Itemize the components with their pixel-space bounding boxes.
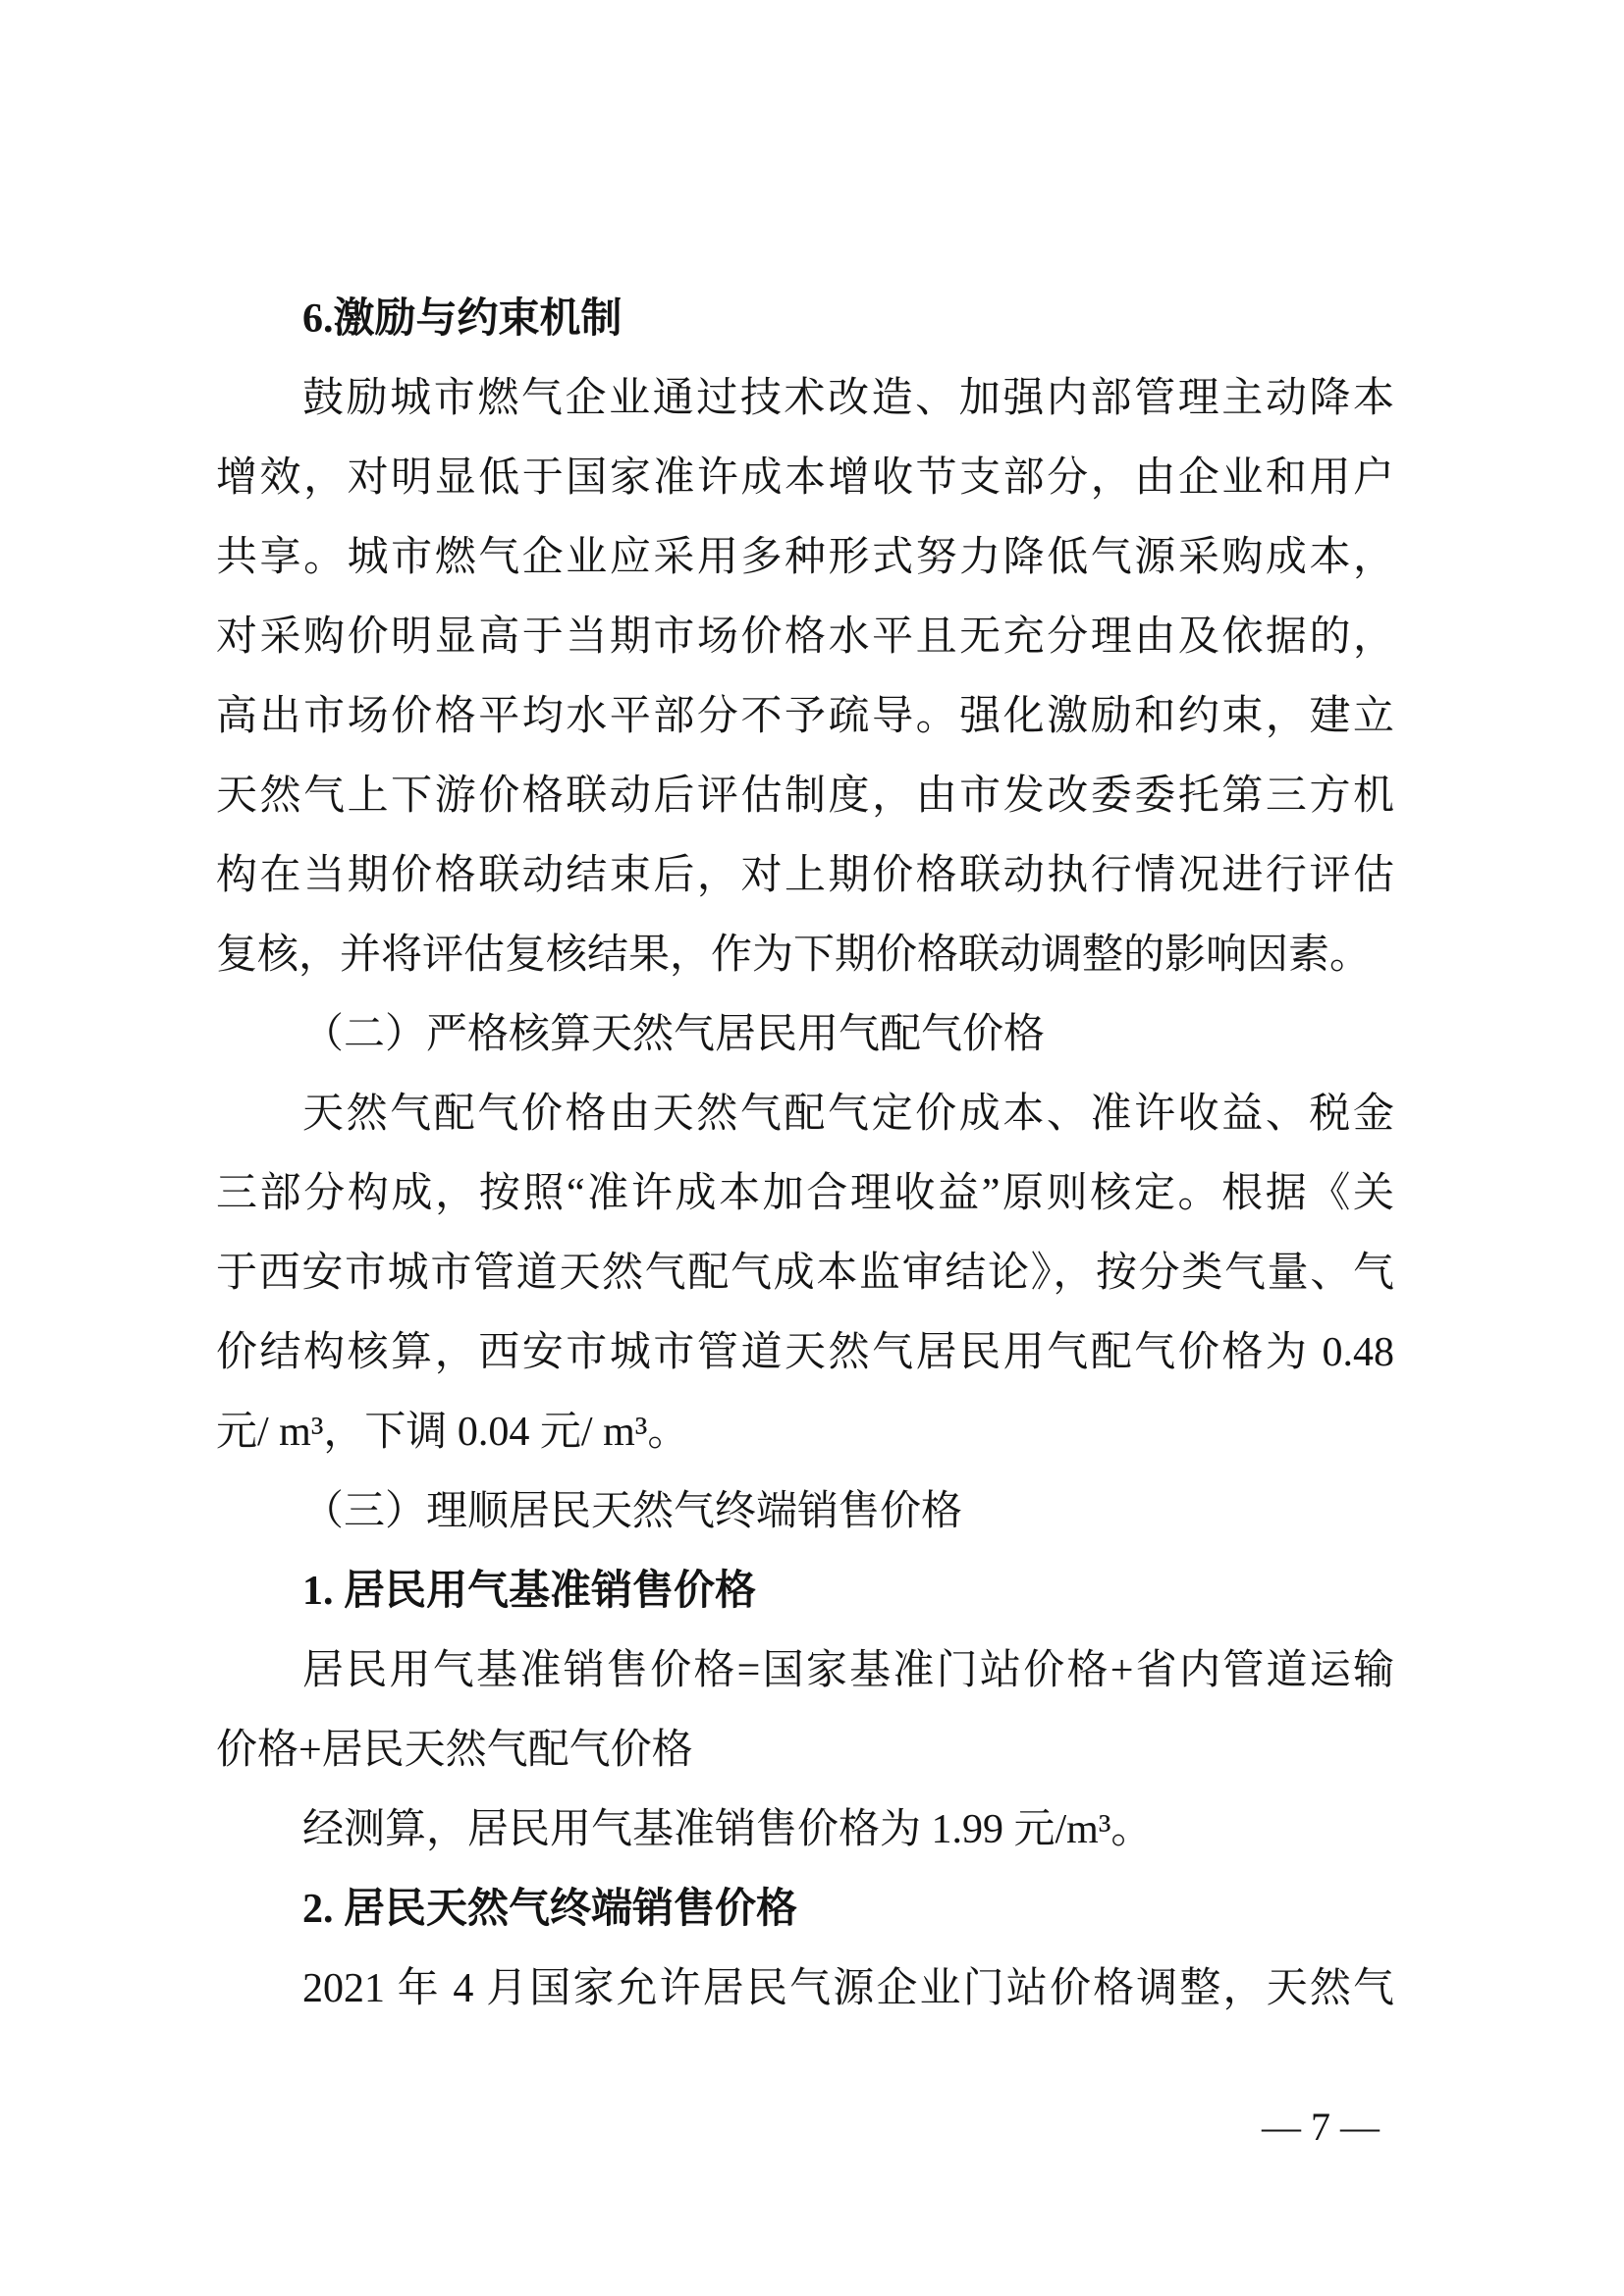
- text-line: 鼓励城市燃气企业通过技术改造、加强内部管理主动降本: [216, 359, 1394, 439]
- heading-line: 2. 居民天然气终端销售价格: [216, 1870, 1394, 1949]
- text-line: 价格+居民天然气配气价格: [216, 1711, 1394, 1790]
- text-line: 高出市场价格平均水平部分不予疏导。强化激励和约束，建立: [216, 677, 1394, 757]
- text-line: 对采购价明显高于当期市场价格水平且无充分理由及依据的，: [216, 598, 1394, 677]
- text-line: 元/ m³，下调 0.04 元/ m³。: [216, 1393, 1394, 1472]
- heading-line: 1. 居民用气基准销售价格: [216, 1552, 1394, 1631]
- heading-line: 6.激励与约束机制: [216, 280, 1394, 359]
- text-line: （二）严格核算天然气居民用气配气价格: [216, 995, 1394, 1075]
- text-line: 复核，并将评估复核结果，作为下期价格联动调整的影响因素。: [216, 916, 1394, 995]
- text-line: 价结构核算，西安市城市管道天然气居民用气配气价格为 0.48: [216, 1313, 1394, 1393]
- text-line: 居民用气基准销售价格=国家基准门站价格+省内管道运输: [216, 1631, 1394, 1711]
- text-line: 共享。城市燃气企业应采用多种形式努力降低气源采购成本，: [216, 518, 1394, 598]
- text-line: 天然气上下游价格联动后评估制度，由市发改委委托第三方机: [216, 757, 1394, 836]
- text-line: （三）理顺居民天然气终端销售价格: [216, 1472, 1394, 1552]
- text-line: 于西安市城市管道天然气配气成本监审结论》，按分类气量、气: [216, 1234, 1394, 1313]
- text-line: 构在当期价格联动结束后，对上期价格联动执行情况进行评估: [216, 836, 1394, 916]
- text-line: 天然气配气价格由天然气配气定价成本、准许收益、税金: [216, 1075, 1394, 1154]
- text-line: 增效，对明显低于国家准许成本增收节支部分，由企业和用户: [216, 439, 1394, 518]
- text-line: 三部分构成，按照“准许成本加合理收益”原则核定。根据《关: [216, 1154, 1394, 1234]
- document-text-block: 6.激励与约束机制鼓励城市燃气企业通过技术改造、加强内部管理主动降本增效，对明显…: [216, 280, 1394, 2029]
- text-line: 2021 年 4 月国家允许居民气源企业门站价格调整，天然气: [216, 1949, 1394, 2029]
- text-line: 经测算，居民用气基准销售价格为 1.99 元/m³。: [216, 1790, 1394, 1870]
- page-number: — 7 —: [1262, 2103, 1380, 2152]
- document-page: 6.激励与约束机制鼓励城市燃气企业通过技术改造、加强内部管理主动降本增效，对明显…: [0, 0, 1624, 2296]
